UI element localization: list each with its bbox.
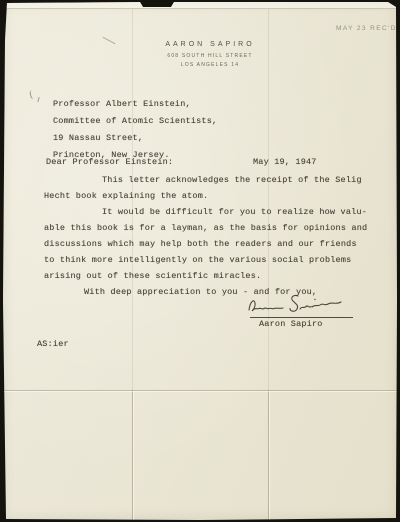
- recipient-line: Committee of Atomic Scientists,: [53, 116, 217, 127]
- signature-typed-name: Aaron Sapiro: [259, 319, 323, 330]
- body-line: It would be difficult for you to realize…: [44, 207, 367, 218]
- body-line: arising out of these scientific miracles…: [44, 271, 261, 282]
- letter-paper: MAY 23 REC'D AARON SAPIRO 608 SOUTH HILL…: [0, 0, 400, 522]
- fold-crease-highlight-left: [133, 390, 134, 522]
- received-date-stamp: MAY 23 REC'D: [336, 25, 397, 32]
- scanned-letter: MAY 23 REC'D AARON SAPIRO 608 SOUTH HILL…: [0, 0, 400, 522]
- paper-blemish: [37, 97, 39, 102]
- letterhead-name: AARON SAPIRO: [0, 41, 400, 48]
- body-line: This letter acknowledges the receipt of …: [44, 175, 362, 186]
- fold-crease-top: [0, 0, 400, 9]
- recipient-line: 19 Nassau Street,: [53, 133, 143, 144]
- letterhead-street: 608 SOUTH HILL STREET: [0, 53, 400, 59]
- handwritten-signature: [246, 293, 358, 319]
- body-line: able this book is for a layman, as the b…: [44, 223, 367, 234]
- fold-crease-highlight-right: [269, 390, 270, 522]
- fold-crease-horizontal-highlight: [0, 391, 400, 392]
- body-line: discussions which may help both the read…: [44, 239, 357, 250]
- reference-initials: AS:ier: [37, 339, 69, 350]
- paper-blemish: [29, 90, 36, 100]
- recipient-line: Professor Albert Einstein,: [53, 99, 191, 110]
- body-line: Hecht book explaining the atom.: [44, 191, 208, 202]
- salutation: Dear Professor Einstein:: [46, 157, 173, 168]
- letter-date: May 19, 1947: [253, 157, 317, 168]
- signature-rule: [250, 317, 353, 318]
- body-line: to think more intelligently on the vario…: [44, 255, 351, 266]
- letterhead-city: LOS ANGELES 14: [0, 62, 400, 68]
